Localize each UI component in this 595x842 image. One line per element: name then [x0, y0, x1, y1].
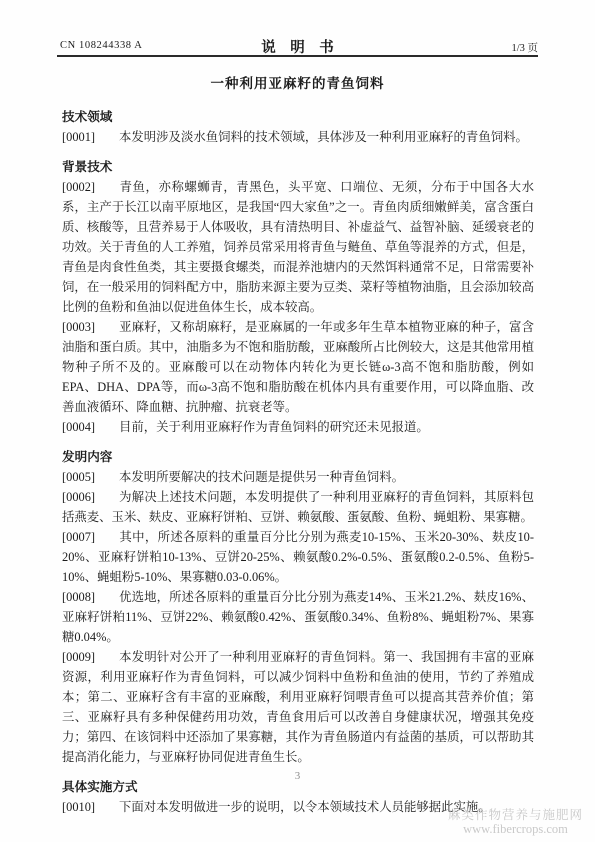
paragraph: [0004]目前，关于利用亚麻籽作为青鱼饲料的研究还未见报道。	[62, 417, 534, 437]
paragraph-text: 本发明针对公开了一种利用亚麻籽的青鱼饲料。第一、我国拥有丰富的亚麻资源，利用亚麻…	[62, 650, 534, 764]
paragraph: [0006]为解决上述技术问题，本发明提供了一种利用亚麻籽的青鱼饲料，其原料包括…	[62, 487, 534, 527]
paragraph-number: [0008]	[62, 587, 119, 607]
paragraph-text: 亚麻籽，又称胡麻籽，是亚麻属的一年或多年生草本植物亚麻的种子，富含油脂和蛋白质。…	[62, 320, 534, 414]
page-number: 3	[0, 770, 595, 782]
document-header: CN 108244338 A 说 明 书 1/3 页	[57, 36, 538, 56]
watermark-site-name: 麻类作物营养与施肥网	[448, 808, 583, 822]
paragraph-number: [0009]	[62, 647, 119, 667]
paragraph-number: [0004]	[62, 417, 119, 437]
header-divider	[57, 55, 538, 57]
watermark: 麻类作物营养与施肥网 www.fibercrops.com	[448, 808, 583, 836]
paragraph-number: [0003]	[62, 317, 119, 337]
paragraph-text: 目前，关于利用亚麻籽作为青鱼饲料的研究还未见报道。	[119, 420, 429, 434]
paragraph-number: [0001]	[62, 127, 119, 147]
paragraph: [0005]本发明所要解决的技术问题是提供另一种青鱼饲料。	[62, 467, 534, 487]
paragraph: [0002]青鱼，亦称螺蛳青，青黑色，头平宽、口端位、无须，分布于中国各大水系，…	[62, 177, 534, 317]
document-type-title: 说 明 书	[57, 36, 538, 57]
paragraph: [0001]本发明涉及淡水鱼饲料的技术领域，具体涉及一种利用亚麻籽的青鱼饲料。	[62, 127, 534, 147]
paragraph-number: [0002]	[62, 177, 119, 197]
paragraph-number: [0006]	[62, 487, 119, 507]
paragraph-text: 为解决上述技术问题，本发明提供了一种利用亚麻籽的青鱼饲料，其原料包括燕麦、玉米、…	[62, 490, 534, 524]
section-heading: 背景技术	[62, 157, 534, 177]
document-body: 技术领域 [0001]本发明涉及淡水鱼饲料的技术领域，具体涉及一种利用亚麻籽的青…	[62, 107, 534, 817]
section-heading: 技术领域	[62, 107, 534, 127]
section-summary-of-invention: 发明内容 [0005]本发明所要解决的技术问题是提供另一种青鱼饲料。 [0006…	[62, 447, 534, 767]
paragraph-number: [0010]	[62, 797, 119, 817]
invention-title: 一种利用亚麻籽的青鱼饲料	[0, 72, 595, 92]
paragraph-text: 下面对本发明做进一步的说明，以令本领域技术人员能够据此实施。	[119, 800, 491, 814]
paragraph-text: 优选地，所述各原料的重量百分比分别为燕麦14%、玉米21.2%、麸皮16%、亚麻…	[62, 590, 534, 644]
patent-specification-page: CN 108244338 A 说 明 书 1/3 页 一种利用亚麻籽的青鱼饲料 …	[0, 0, 595, 842]
paragraph-text: 本发明所要解决的技术问题是提供另一种青鱼饲料。	[119, 470, 404, 484]
paragraph: [0003]亚麻籽，又称胡麻籽，是亚麻属的一年或多年生草本植物亚麻的种子，富含油…	[62, 317, 534, 417]
section-heading: 发明内容	[62, 447, 534, 467]
paragraph: [0009]本发明针对公开了一种利用亚麻籽的青鱼饲料。第一、我国拥有丰富的亚麻资…	[62, 647, 534, 767]
section-technical-field: 技术领域 [0001]本发明涉及淡水鱼饲料的技术领域，具体涉及一种利用亚麻籽的青…	[62, 107, 534, 147]
paragraph-text: 其中，所述各原料的重量百分比分别为燕麦10-15%、玉米20-30%、麸皮10-…	[62, 530, 534, 584]
paragraph-text: 本发明涉及淡水鱼饲料的技术领域，具体涉及一种利用亚麻籽的青鱼饲料。	[119, 130, 528, 144]
paragraph: [0007]其中，所述各原料的重量百分比分别为燕麦10-15%、玉米20-30%…	[62, 527, 534, 587]
paragraph-text: 青鱼，亦称螺蛳青，青黑色，头平宽、口端位、无须，分布于中国各大水系，主产于长江以…	[62, 180, 534, 314]
paragraph: [0008]优选地，所述各原料的重量百分比分别为燕麦14%、玉米21.2%、麸皮…	[62, 587, 534, 647]
watermark-url: www.fibercrops.com	[448, 822, 583, 836]
paragraph-number: [0007]	[62, 527, 119, 547]
section-background-art: 背景技术 [0002]青鱼，亦称螺蛳青，青黑色，头平宽、口端位、无须，分布于中国…	[62, 157, 534, 437]
paragraph-number: [0005]	[62, 467, 119, 487]
page-indicator: 1/3 页	[511, 40, 538, 55]
